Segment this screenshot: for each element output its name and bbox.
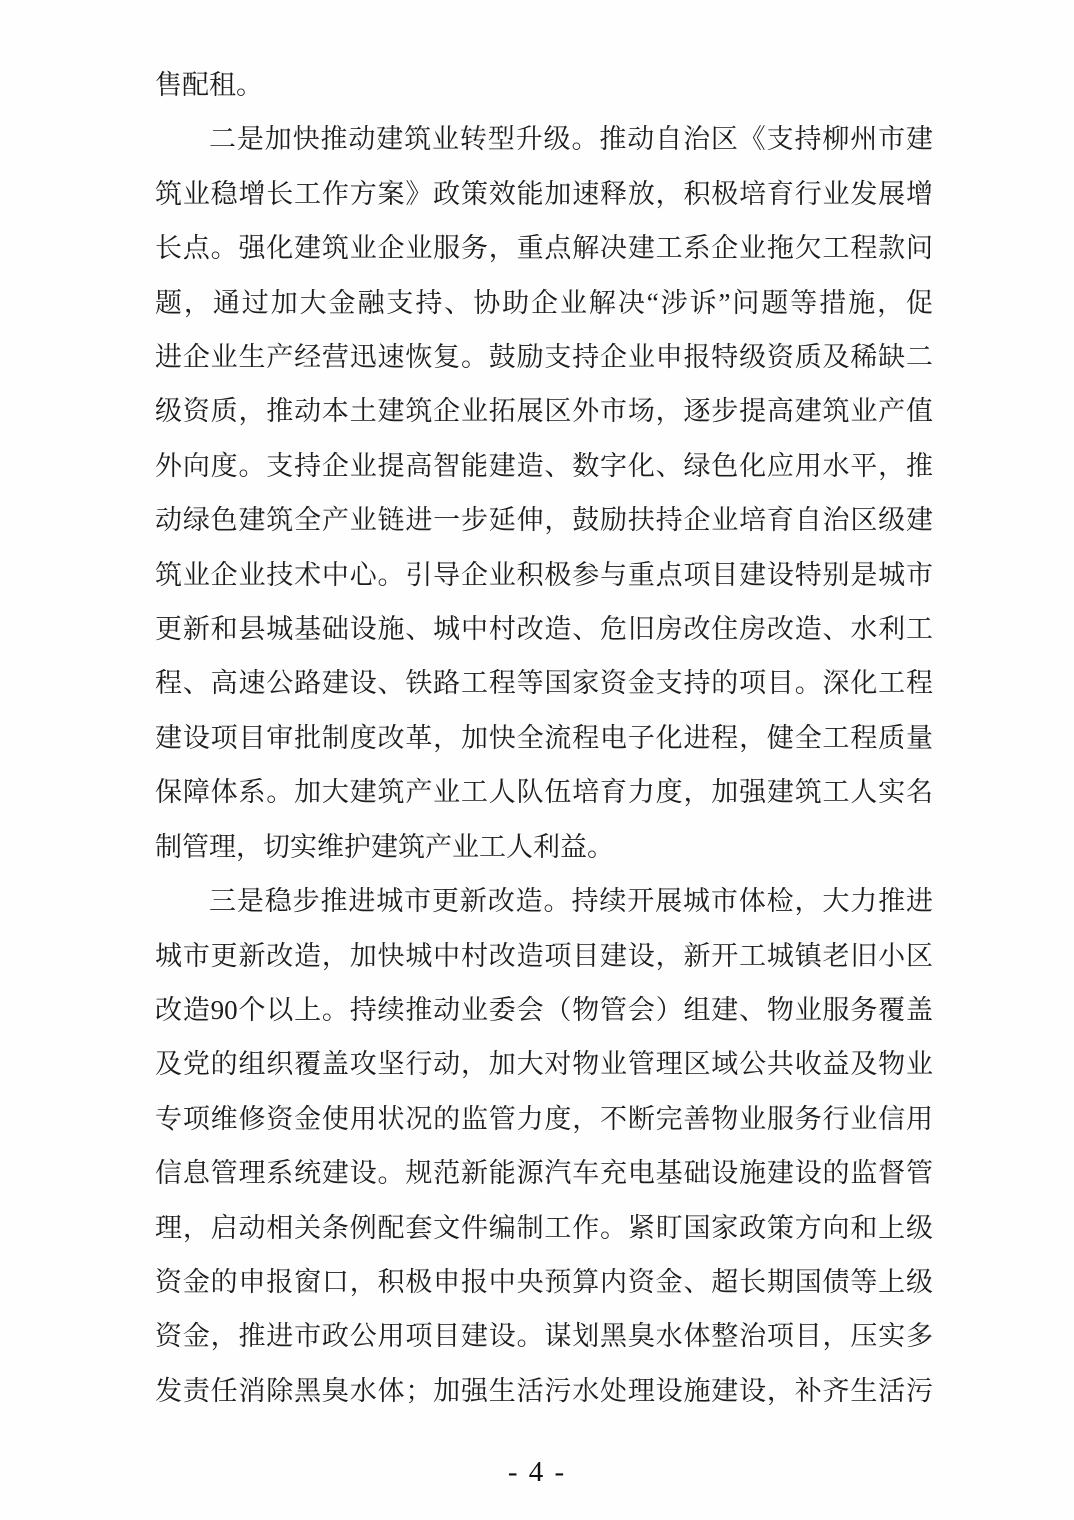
text-line: 保障体系。加大建筑产业工人队伍培育力度，加强建筑工人实名 <box>155 765 933 819</box>
text-line: 进企业生产经营迅速恢复。鼓励支持企业申报特级资质及稀缺二 <box>155 330 933 384</box>
text-line: 筑业企业技术中心。引导企业积极参与重点项目建设特别是城市 <box>155 548 933 602</box>
text-line: 信息管理系统建设。规范新能源汽车充电基础设施建设的监督管 <box>155 1146 933 1200</box>
paragraph-point-two: 二是加快推动建筑业转型升级。推动自治区《支持柳州市建 筑业稳增长工作方案》政策效… <box>155 112 933 874</box>
text-line: 发责任消除黑臭水体；加强生活污水处理设施建设，补齐生活污 <box>155 1364 933 1418</box>
text-line: 制管理，切实维护建筑产业工人利益。 <box>155 820 933 874</box>
text-line: 长点。强化建筑业企业服务，重点解决建工系企业拖欠工程款问 <box>155 221 933 275</box>
text-line: 理，启动相关条例配套文件编制工作。紧盯国家政策方向和上级 <box>155 1201 933 1255</box>
text-line: 售配租。 <box>155 58 933 112</box>
text-line: 建设项目审批制度改革，加快全流程电子化进程，健全工程质量 <box>155 711 933 765</box>
text-line: 城市更新改造，加快城中村改造项目建设，新开工城镇老旧小区 <box>155 929 933 983</box>
paragraph-point-three: 三是稳步推进城市更新改造。持续开展城市体检，大力推进 城市更新改造，加快城中村改… <box>155 874 933 1418</box>
text-line: 级资质，推动本土建筑企业拓展区外市场，逐步提高建筑业产值 <box>155 384 933 438</box>
document-page: 售配租。 二是加快推动建筑业转型升级。推动自治区《支持柳州市建 筑业稳增长工作方… <box>0 0 1074 1520</box>
text-line: 专项维修资金使用状况的监管力度，不断完善物业服务行业信用 <box>155 1092 933 1146</box>
text-line: 筑业稳增长工作方案》政策效能加速释放，积极培育行业发展增 <box>155 167 933 221</box>
text-line: 资金，推进市政公用项目建设。谋划黑臭水体整治项目，压实多 <box>155 1309 933 1363</box>
text-line: 二是加快推动建筑业转型升级。推动自治区《支持柳州市建 <box>155 112 933 166</box>
text-line: 三是稳步推进城市更新改造。持续开展城市体检，大力推进 <box>155 874 933 928</box>
document-body: 售配租。 二是加快推动建筑业转型升级。推动自治区《支持柳州市建 筑业稳增长工作方… <box>155 58 933 1418</box>
page-number: - 4 - <box>0 1452 1074 1492</box>
text-line: 动绿色建筑全产业链进一步延伸，鼓励扶持企业培育自治区级建 <box>155 493 933 547</box>
text-line: 资金的申报窗口，积极申报中央预算内资金、超长期国债等上级 <box>155 1255 933 1309</box>
text-line: 程、高速公路建设、铁路工程等国家资金支持的项目。深化工程 <box>155 656 933 710</box>
text-line: 及党的组织覆盖攻坚行动，加大对物业管理区域公共收益及物业 <box>155 1037 933 1091</box>
text-line: 外向度。支持企业提高智能建造、数字化、绿色化应用水平，推 <box>155 439 933 493</box>
paragraph-continuation: 售配租。 <box>155 58 933 112</box>
text-line: 题，通过加大金融支持、协助企业解决“涉诉”问题等措施，促 <box>155 276 933 330</box>
text-line: 改造90个以上。持续推动业委会（物管会）组建、物业服务覆盖 <box>155 983 933 1037</box>
text-line: 更新和县城基础设施、城中村改造、危旧房改住房改造、水利工 <box>155 602 933 656</box>
